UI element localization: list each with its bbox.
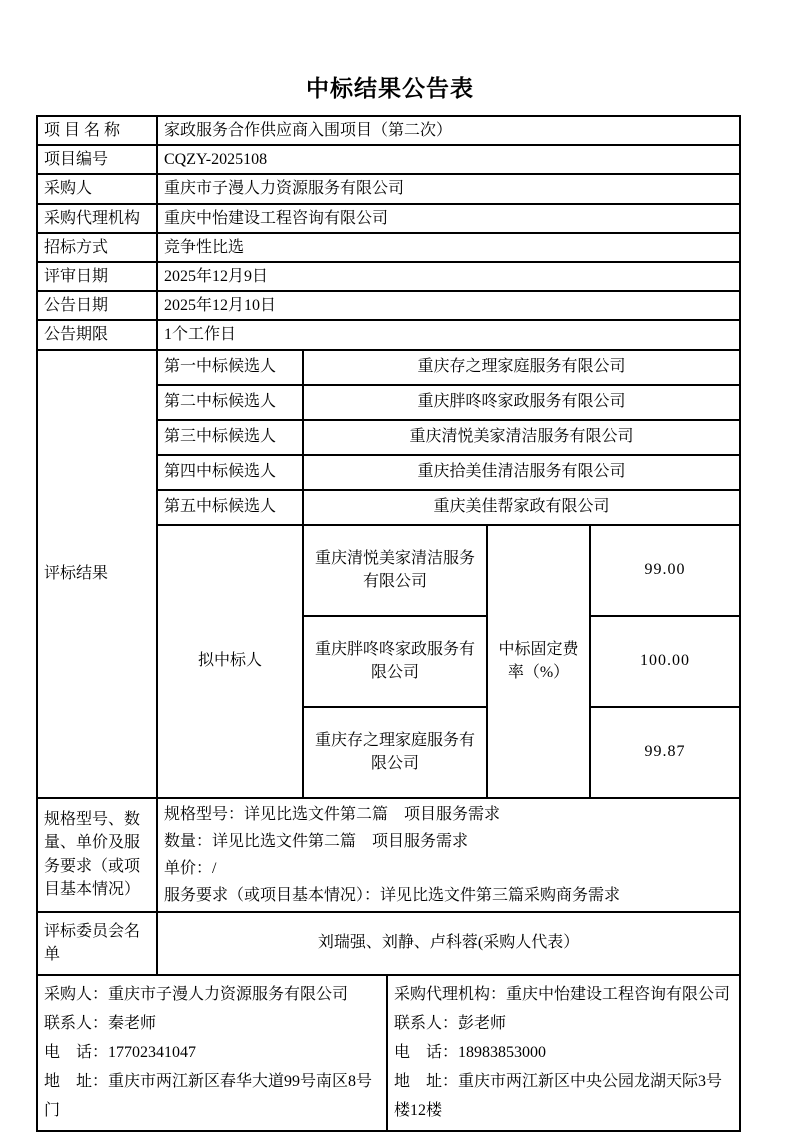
- candidate-company: 重庆美佳帮家政有限公司: [303, 490, 740, 525]
- info-row-label: 项 目 名 称: [37, 116, 157, 145]
- spec-line: 规格型号：详见比选文件第二篇 项目服务需求: [164, 801, 733, 828]
- table-row: 评审日期 2025年12月9日: [37, 262, 740, 291]
- info-row-label: 项目编号: [37, 145, 157, 174]
- spec-line: 服务要求（或项目基本情况）：详见比选文件第三篇采购商务需求: [164, 882, 733, 909]
- candidate-rank-label: 第二中标候选人: [157, 385, 303, 420]
- info-row-value: 2025年12月10日: [157, 291, 740, 320]
- committee-row: 评标委员会名单 刘瑞强、刘静、卢科蓉(采购人代表）: [37, 912, 740, 975]
- table-row: 采购代理机构 重庆中怡建设工程咨询有限公司: [37, 204, 740, 233]
- candidate-company: 重庆存之理家庭服务有限公司: [303, 350, 740, 385]
- page-title: 中标结果公告表: [0, 70, 780, 103]
- candidate-rank-label: 第一中标候选人: [157, 350, 303, 385]
- winner-company: 重庆存之理家庭服务有限公司: [303, 707, 487, 798]
- winner-rate: 99.00: [590, 525, 740, 616]
- info-row-value: 重庆中怡建设工程咨询有限公司: [157, 204, 740, 233]
- table-row: 公告期限 1个工作日: [37, 320, 740, 349]
- info-row-value: 重庆市子漫人力资源服务有限公司: [157, 174, 740, 203]
- rate-label: 中标固定费率（%）: [487, 525, 590, 798]
- contact-line: 采购人：重庆市子漫人力资源服务有限公司: [44, 980, 380, 1009]
- candidate-company: 重庆拾美佳清洁服务有限公司: [303, 455, 740, 490]
- candidate-company: 重庆胖咚咚家政服务有限公司: [303, 385, 740, 420]
- candidate-company: 重庆清悦美家清洁服务有限公司: [303, 420, 740, 455]
- info-row-label: 采购人: [37, 174, 157, 203]
- committee-label: 评标委员会名单: [37, 912, 157, 975]
- candidate-rank-label: 第四中标候选人: [157, 455, 303, 490]
- contacts-row: 采购人：重庆市子漫人力资源服务有限公司 联系人：秦老师 电 话：17702341…: [37, 975, 740, 1131]
- table-row: 项目编号 CQZY-2025108: [37, 145, 740, 174]
- info-row-value: CQZY-2025108: [157, 145, 740, 174]
- info-row-label: 招标方式: [37, 233, 157, 262]
- winner-rate: 99.87: [590, 707, 740, 798]
- contact-line: 地 址：重庆市两江新区中央公园龙湖天际3号楼12楼: [394, 1067, 733, 1125]
- spec-row: 规格型号、数量、单价及服务要求（或项目基本情况） 规格型号：详见比选文件第二篇 …: [37, 798, 740, 912]
- info-row-label: 评审日期: [37, 262, 157, 291]
- contact-line: 电 话：17702341047: [44, 1038, 380, 1067]
- announcement-table: 项 目 名 称 家政服务合作供应商入围项目（第二次） 项目编号 CQZY-202…: [36, 115, 741, 1132]
- spec-line: 数量：详见比选文件第二篇 项目服务需求: [164, 828, 733, 855]
- info-row-label: 公告期限: [37, 320, 157, 349]
- document-page: 中标结果公告表 项 目 名 称 家政服务合作供应商入围项目（第二次） 项目编号 …: [0, 0, 792, 1146]
- contact-line: 电 话：18983853000: [394, 1038, 733, 1067]
- agency-contact-cell: 采购代理机构：重庆中怡建设工程咨询有限公司 联系人：彭老师 电 话：189838…: [387, 975, 740, 1131]
- info-row-value: 竞争性比选: [157, 233, 740, 262]
- proposed-winner-label: 拟中标人: [157, 525, 303, 798]
- table-row: 采购人 重庆市子漫人力资源服务有限公司: [37, 174, 740, 203]
- committee-names: 刘瑞强、刘静、卢科蓉(采购人代表）: [157, 912, 740, 975]
- candidate-rank-label: 第五中标候选人: [157, 490, 303, 525]
- candidate-rank-label: 第三中标候选人: [157, 420, 303, 455]
- info-row-value: 2025年12月9日: [157, 262, 740, 291]
- winner-rate: 100.00: [590, 616, 740, 707]
- table-row: 公告日期 2025年12月10日: [37, 291, 740, 320]
- candidate-row: 评标结果 第一中标候选人 重庆存之理家庭服务有限公司: [37, 350, 740, 385]
- table-row: 项 目 名 称 家政服务合作供应商入围项目（第二次）: [37, 116, 740, 145]
- info-row-value: 家政服务合作供应商入围项目（第二次）: [157, 116, 740, 145]
- contact-line: 联系人：秦老师: [44, 1009, 380, 1038]
- contact-line: 采购代理机构：重庆中怡建设工程咨询有限公司: [394, 980, 733, 1009]
- info-row-label: 采购代理机构: [37, 204, 157, 233]
- table-row: 招标方式 竞争性比选: [37, 233, 740, 262]
- spec-label: 规格型号、数量、单价及服务要求（或项目基本情况）: [37, 798, 157, 912]
- info-row-value: 1个工作日: [157, 320, 740, 349]
- spec-line: 单价：/: [164, 855, 733, 882]
- winner-company: 重庆清悦美家清洁服务有限公司: [303, 525, 487, 616]
- winner-company: 重庆胖咚咚家政服务有限公司: [303, 616, 487, 707]
- purchaser-contact-cell: 采购人：重庆市子漫人力资源服务有限公司 联系人：秦老师 电 话：17702341…: [37, 975, 387, 1131]
- evaluation-section-label: 评标结果: [37, 350, 157, 798]
- contact-line: 联系人：彭老师: [394, 1009, 733, 1038]
- contact-line: 地 址：重庆市两江新区春华大道99号南区8号门: [44, 1067, 380, 1125]
- spec-content: 规格型号：详见比选文件第二篇 项目服务需求 数量：详见比选文件第二篇 项目服务需…: [157, 798, 740, 912]
- info-row-label: 公告日期: [37, 291, 157, 320]
